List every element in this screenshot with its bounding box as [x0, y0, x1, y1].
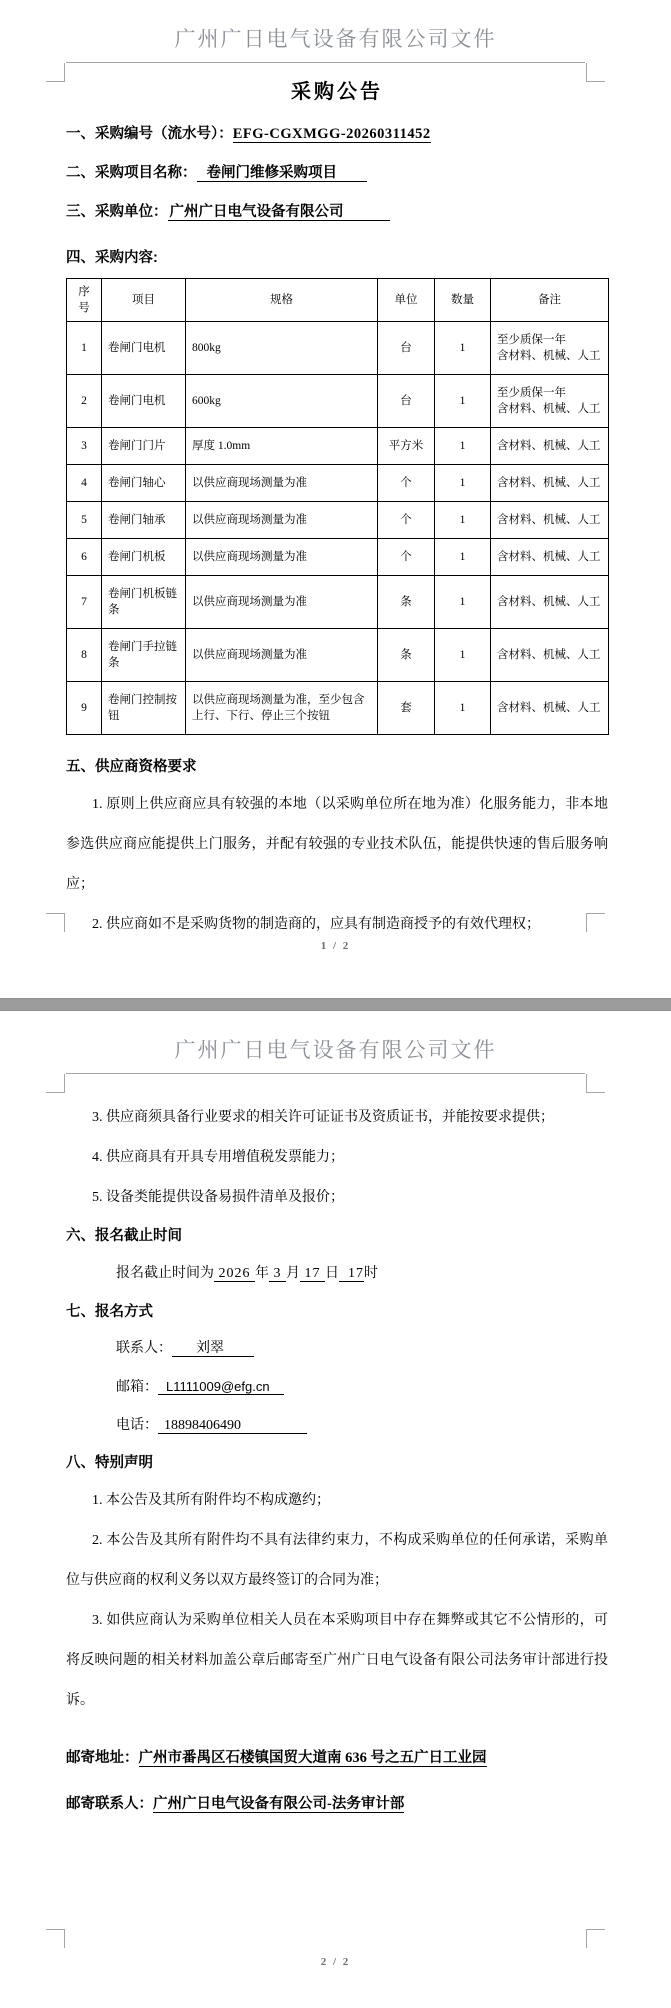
field-label: 三、采购单位：	[66, 204, 168, 220]
table-row: 7卷闸门机板链条以供应商现场测量为准条1含材料、机械、人工	[67, 576, 609, 629]
deadline-text: 时	[364, 1266, 378, 1281]
field-value: L1111009@efg.cn	[158, 1379, 284, 1395]
table-cell-item: 卷闸门门片	[102, 428, 186, 465]
table-cell-spec: 以供应商现场测量为准	[186, 539, 378, 576]
field-label: 联系人：	[116, 1341, 172, 1356]
table-cell-qty: 1	[435, 428, 491, 465]
table-row: 2卷闸门电机600kg台1至少质保一年 含材料、机械、人工	[67, 375, 609, 428]
table-cell-item: 卷闸门手拉链条	[102, 629, 186, 682]
table-cell-qty: 1	[435, 539, 491, 576]
table-cell-no: 7	[67, 576, 102, 629]
contact-line: 联系人：刘翠	[66, 1330, 608, 1368]
table-cell-item: 卷闸门轴承	[102, 502, 186, 539]
crop-mark-bottom-left	[46, 913, 65, 932]
table-cell-no: 8	[67, 629, 102, 682]
crop-mark-bottom-right	[586, 1929, 605, 1948]
table-row: 3卷闸门门片厚度 1.0mm平方米1含材料、机械、人工	[67, 428, 609, 465]
table-cell-unit: 条	[378, 629, 435, 682]
page-2-content: 3. 供应商须具备行业要求的相关许可证证书及资质证书，并能按要求提供；4. 供应…	[0, 1074, 671, 1827]
table-cell-unit: 个	[378, 539, 435, 576]
field-value: 广州广日电气设备有限公司	[168, 204, 390, 221]
table-cell-spec: 以供应商现场测量为准	[186, 576, 378, 629]
column-header: 序号	[67, 279, 102, 322]
table-cell-spec: 以供应商现场测量为准，至少包含上行、下行、停止三个按钮	[186, 682, 378, 735]
field-label: 邮寄地址：	[66, 1750, 139, 1766]
contact-lines: 联系人：刘翠邮箱：L1111009@efg.cn电话：18898406490	[66, 1330, 608, 1445]
requirement-paragraph: 5. 设备类能提供设备易损件清单及报价；	[66, 1178, 608, 1218]
field-label: 一、采购编号（流水号）：	[66, 126, 233, 142]
deadline-text: 月	[286, 1266, 300, 1281]
table-cell-no: 2	[67, 375, 102, 428]
table-cell-spec: 以供应商现场测量为准	[186, 629, 378, 682]
statement-paragraph: 1. 本公告及其所有附件均不构成邀约；	[66, 1481, 608, 1521]
section-7-title: 七、报名方式	[66, 1294, 608, 1330]
mailing-lines: 邮寄地址：广州市番禺区石楼镇国贸大道南 636 号之五广日工业园邮寄联系人：广州…	[66, 1735, 608, 1827]
table-cell-qty: 1	[435, 629, 491, 682]
deadline-value: 17	[339, 1266, 364, 1282]
field-value: 刘翠	[172, 1341, 254, 1357]
table-cell-no: 1	[67, 322, 102, 375]
field-value: 广州市番禺区石楼镇国贸大道南 636 号之五广日工业园	[139, 1750, 487, 1767]
purchase-table: 序号项目规格单位数量备注 1卷闸门电机800kg台1至少质保一年 含材料、机械、…	[66, 278, 609, 735]
table-cell-unit: 条	[378, 576, 435, 629]
table-row: 5卷闸门轴承以供应商现场测量为准个1含材料、机械、人工	[67, 502, 609, 539]
table-cell-unit: 平方米	[378, 428, 435, 465]
table-cell-unit: 套	[378, 682, 435, 735]
field-value: EFG-CGXMGG-20260311452	[233, 126, 431, 143]
column-header: 项目	[102, 279, 186, 322]
numbered-field-line: 二、采购项目名称：卷闸门维修采购项目	[66, 154, 608, 193]
table-row: 4卷闸门轴心以供应商现场测量为准个1含材料、机械、人工	[67, 465, 609, 502]
table-cell-no: 3	[67, 428, 102, 465]
table-row: 1卷闸门电机800kg台1至少质保一年 含材料、机械、人工	[67, 322, 609, 375]
table-cell-no: 9	[67, 682, 102, 735]
table-cell-qty: 1	[435, 576, 491, 629]
field-label: 邮箱：	[116, 1380, 158, 1395]
purchase-table-body: 1卷闸门电机800kg台1至少质保一年 含材料、机械、人工2卷闸门电机600kg…	[67, 322, 609, 735]
deadline-line: 报名截止时间为 2026 年 3 月 17 日 17时	[66, 1254, 608, 1294]
section-8-title: 八、特别声明	[66, 1445, 608, 1481]
table-cell-qty: 1	[435, 465, 491, 502]
table-cell-qty: 1	[435, 375, 491, 428]
header-rule	[66, 62, 585, 63]
table-cell-item: 卷闸门机板链条	[102, 576, 186, 629]
field-value: 广州广日电气设备有限公司-法务审计部	[153, 1796, 404, 1813]
crop-mark-bottom-right	[586, 913, 605, 932]
table-cell-spec: 厚度 1.0mm	[186, 428, 378, 465]
statement-paragraph: 2. 本公告及其所有附件均不具有法律约束力，不构成采购单位的任何承诺，采购单位与…	[66, 1521, 608, 1601]
table-cell-item: 卷闸门电机	[102, 322, 186, 375]
table-cell-remark: 含材料、机械、人工	[491, 576, 609, 629]
field-label: 二、采购项目名称：	[66, 165, 197, 181]
requirement-paragraph: 2. 供应商如不是采购货物的制造商的，应具有制造商授予的有效代理权；	[66, 905, 608, 945]
deadline-value: 3	[269, 1266, 286, 1282]
numbered-field-line: 三、采购单位：广州广日电气设备有限公司	[66, 193, 608, 232]
table-cell-item: 卷闸门机板	[102, 539, 186, 576]
section-5-title: 五、供应商资格要求	[66, 749, 608, 785]
table-cell-remark: 含材料、机械、人工	[491, 465, 609, 502]
table-cell-remark: 含材料、机械、人工	[491, 502, 609, 539]
mailing-line: 邮寄联系人：广州广日电气设备有限公司-法务审计部	[66, 1781, 608, 1827]
section-8-paragraphs: 1. 本公告及其所有附件均不构成邀约；2. 本公告及其所有附件均不具有法律约束力…	[66, 1481, 608, 1721]
field-value: 卷闸门维修采购项目	[197, 165, 368, 182]
table-row: 6卷闸门机板以供应商现场测量为准个1含材料、机械、人工	[67, 539, 609, 576]
table-cell-spec: 以供应商现场测量为准	[186, 502, 378, 539]
table-cell-remark: 含材料、机械、人工	[491, 682, 609, 735]
section-5-paragraphs: 1. 原则上供应商应具有较强的本地（以采购单位所在地为准）化服务能力，非本地参选…	[66, 785, 608, 945]
statement-paragraph: 3. 如供应商认为采购单位相关人员在本采购项目中存在舞弊或其它不公情形的，可将反…	[66, 1601, 608, 1721]
contact-line: 电话：18898406490	[66, 1407, 608, 1445]
table-header-row: 序号项目规格单位数量备注	[67, 279, 609, 322]
column-header: 备注	[491, 279, 609, 322]
field-value: 18898406490	[158, 1418, 307, 1434]
company-header: 广州广日电气设备有限公司文件	[0, 0, 671, 53]
table-cell-item: 卷闸门控制按钮	[102, 682, 186, 735]
table-cell-remark: 含材料、机械、人工	[491, 539, 609, 576]
requirement-paragraph: 1. 原则上供应商应具有较强的本地（以采购单位所在地为准）化服务能力，非本地参选…	[66, 785, 608, 905]
table-cell-spec: 600kg	[186, 375, 378, 428]
table-cell-remark: 含材料、机械、人工	[491, 629, 609, 682]
section-5-paragraphs-continued: 3. 供应商须具备行业要求的相关许可证证书及资质证书，并能按要求提供；4. 供应…	[66, 1098, 608, 1218]
page-2: 广州广日电气设备有限公司文件 3. 供应商须具备行业要求的相关许可证证书及资质证…	[0, 1011, 671, 2008]
table-row: 8卷闸门手拉链条以供应商现场测量为准条1含材料、机械、人工	[67, 629, 609, 682]
table-cell-remark: 至少质保一年 含材料、机械、人工	[491, 322, 609, 375]
column-header: 数量	[435, 279, 491, 322]
crop-mark-top-left	[46, 1074, 65, 1093]
numbered-field-line: 一、采购编号（流水号）：EFG-CGXMGG-20260311452	[66, 115, 608, 154]
deadline-text: 报名截止时间为	[116, 1266, 214, 1281]
table-cell-item: 卷闸门轴心	[102, 465, 186, 502]
page-number-1: 1 / 2	[0, 940, 671, 952]
crop-mark-top-left	[46, 63, 65, 82]
page-separator	[0, 998, 671, 1011]
table-cell-spec: 以供应商现场测量为准	[186, 465, 378, 502]
top-fields: 一、采购编号（流水号）：EFG-CGXMGG-20260311452二、采购项目…	[66, 115, 608, 232]
mailing-line: 邮寄地址：广州市番禺区石楼镇国贸大道南 636 号之五广日工业园	[66, 1735, 608, 1781]
document-title: 采购公告	[66, 77, 608, 107]
crop-mark-top-right	[586, 63, 605, 82]
page-1-content: 采购公告 一、采购编号（流水号）：EFG-CGXMGG-20260311452二…	[0, 77, 671, 945]
column-header: 规格	[186, 279, 378, 322]
table-cell-qty: 1	[435, 682, 491, 735]
requirement-paragraph: 4. 供应商具有开具专用增值税发票能力；	[66, 1138, 608, 1178]
table-cell-unit: 台	[378, 375, 435, 428]
table-cell-unit: 台	[378, 322, 435, 375]
deadline-value: 17	[300, 1266, 325, 1282]
table-cell-remark: 至少质保一年 含材料、机械、人工	[491, 375, 609, 428]
table-cell-no: 6	[67, 539, 102, 576]
table-cell-qty: 1	[435, 322, 491, 375]
crop-mark-bottom-left	[46, 1929, 65, 1948]
table-cell-no: 5	[67, 502, 102, 539]
field-label: 电话：	[116, 1418, 158, 1433]
deadline-value: 2026	[214, 1266, 255, 1282]
table-cell-qty: 1	[435, 502, 491, 539]
table-cell-unit: 个	[378, 465, 435, 502]
company-header: 广州广日电气设备有限公司文件	[0, 1011, 671, 1064]
crop-mark-top-right	[586, 1074, 605, 1093]
table-cell-no: 4	[67, 465, 102, 502]
table-cell-remark: 含材料、机械、人工	[491, 428, 609, 465]
section-6-title: 六、报名截止时间	[66, 1218, 608, 1254]
table-row: 9卷闸门控制按钮以供应商现场测量为准，至少包含上行、下行、停止三个按钮套1含材料…	[67, 682, 609, 735]
purchase-table-head: 序号项目规格单位数量备注	[67, 279, 609, 322]
deadline-text: 年	[255, 1266, 269, 1281]
table-cell-unit: 个	[378, 502, 435, 539]
column-header: 单位	[378, 279, 435, 322]
table-cell-item: 卷闸门电机	[102, 375, 186, 428]
section-4-title: 四、采购内容:	[66, 240, 608, 276]
field-label: 邮寄联系人：	[66, 1796, 153, 1812]
header-rule	[66, 1073, 585, 1074]
contact-line: 邮箱：L1111009@efg.cn	[66, 1368, 608, 1407]
page-1: 广州广日电气设备有限公司文件 采购公告 一、采购编号（流水号）：EFG-CGXM…	[0, 0, 671, 998]
page-number-2: 2 / 2	[0, 1956, 671, 1968]
requirement-paragraph: 3. 供应商须具备行业要求的相关许可证证书及资质证书，并能按要求提供；	[66, 1098, 608, 1138]
table-cell-spec: 800kg	[186, 322, 378, 375]
deadline-text: 日	[325, 1266, 339, 1281]
